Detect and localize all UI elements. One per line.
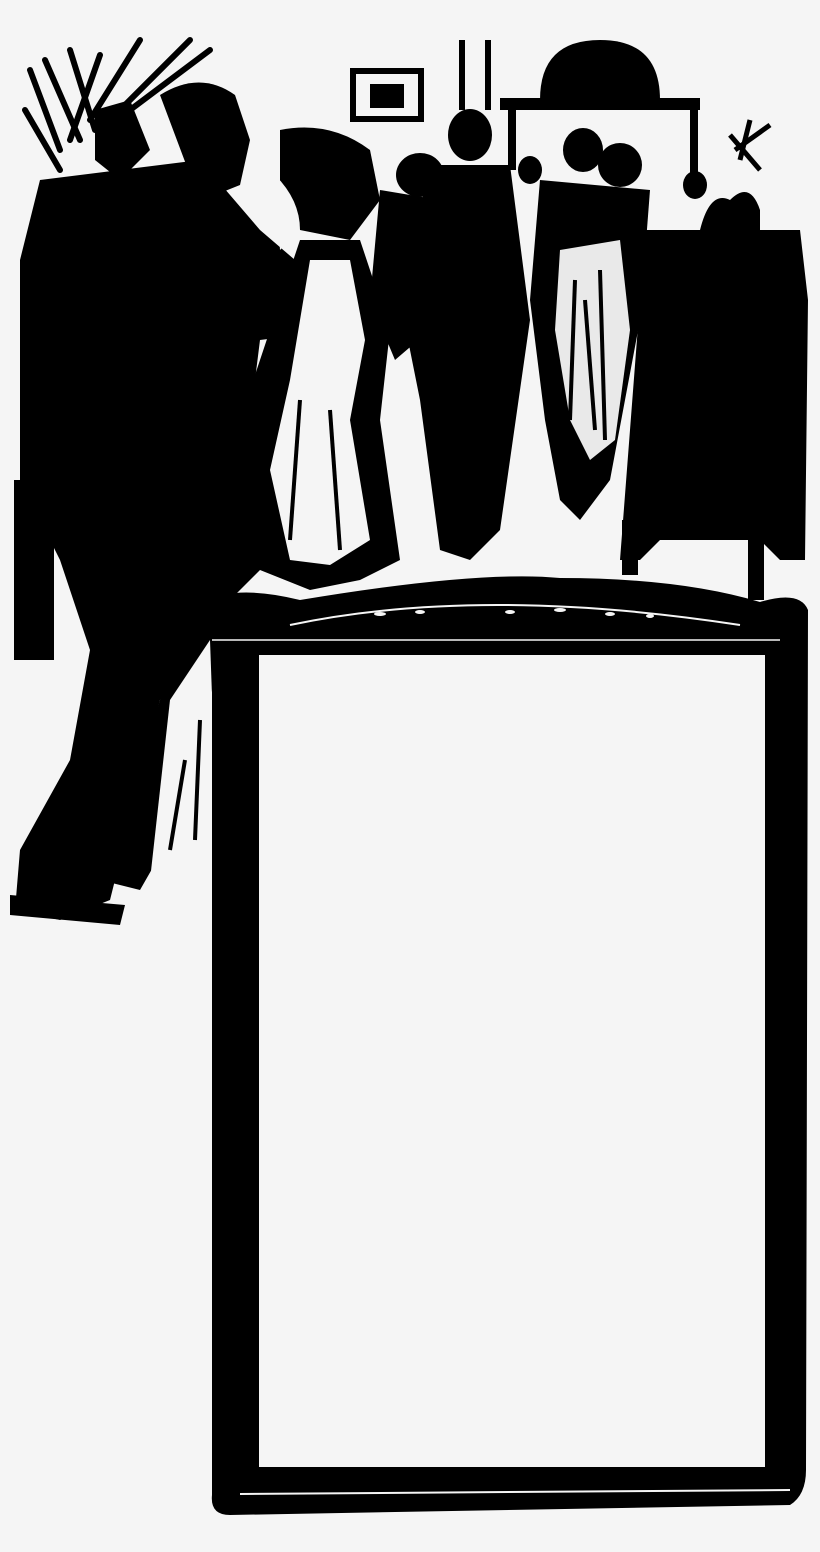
frame-blank-area [259, 655, 765, 1467]
piano-cabinet [620, 192, 808, 600]
wall-picture [350, 68, 424, 122]
